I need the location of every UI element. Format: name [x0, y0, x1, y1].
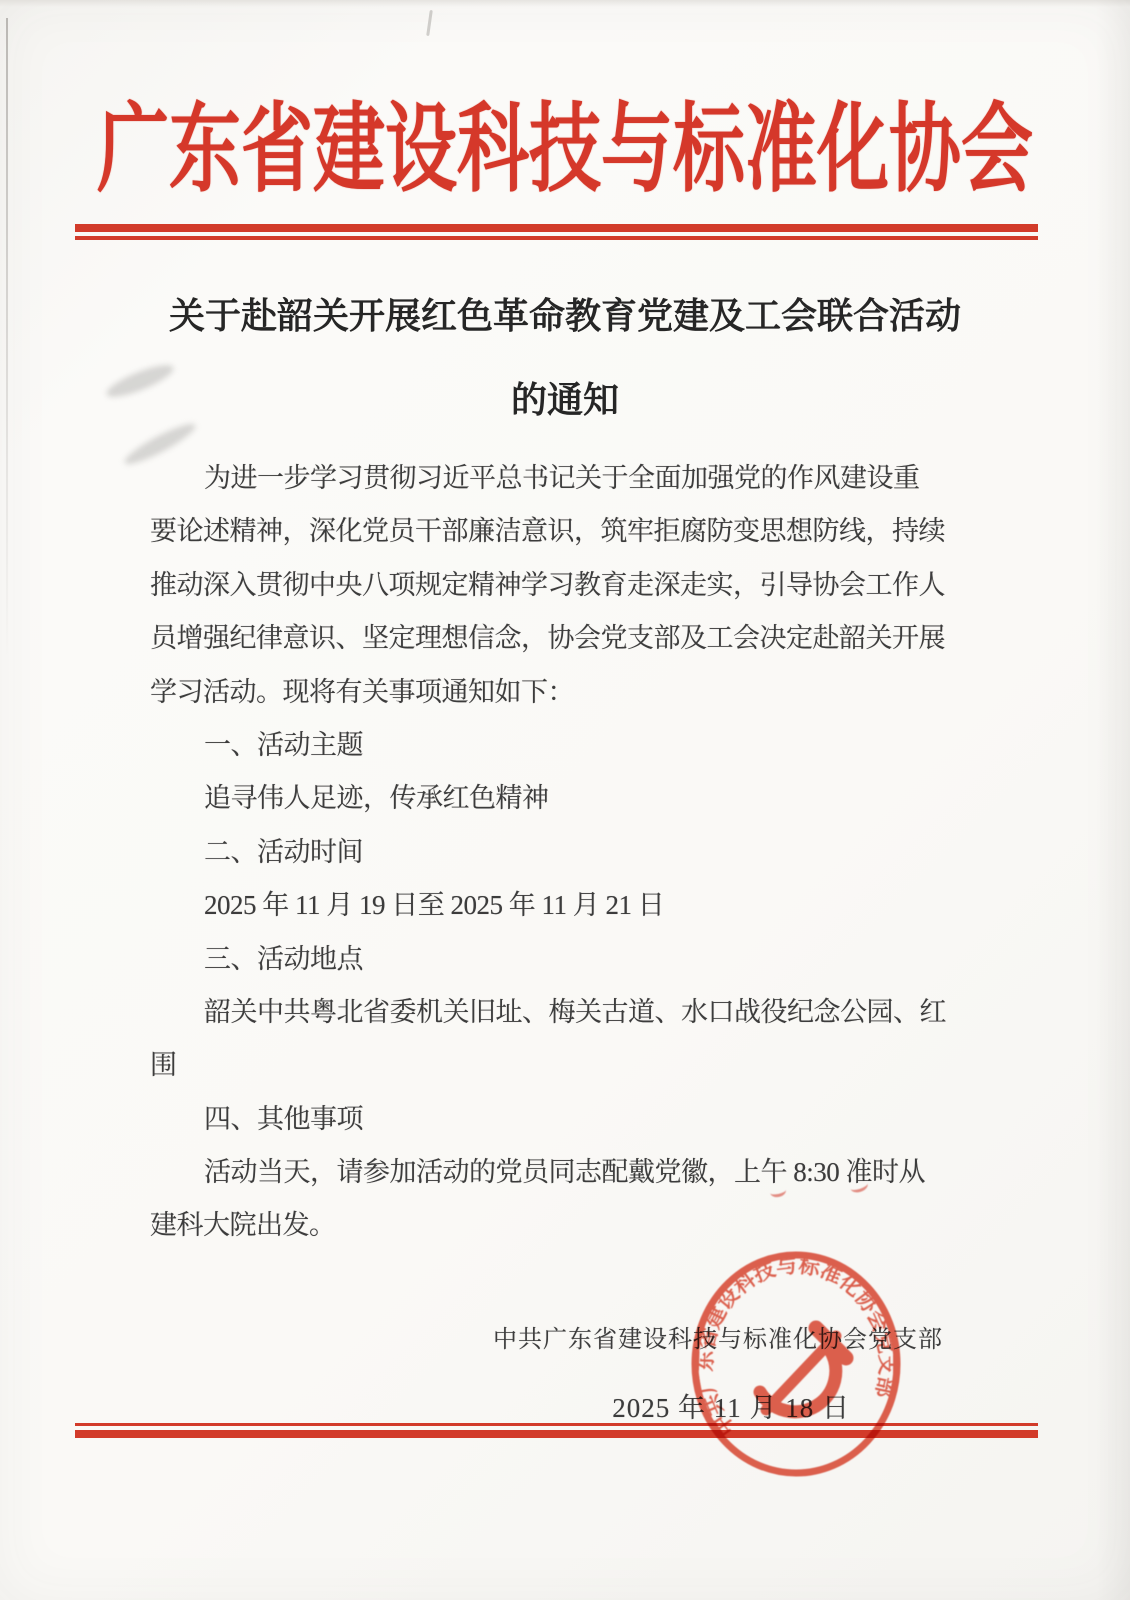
body-line: 活动当天，请参加活动的党员同志配戴党徽，上午 8:30 准时从: [150, 1146, 942, 1199]
body-line: 学习活动。现将有关事项通知如下：: [150, 666, 942, 719]
document-title-line2: 的通知: [0, 372, 1130, 423]
body-line: 员增强纪律意识、坚定理想信念，协会党支部及工会决定赴韶关开展: [150, 612, 942, 665]
body-line: 三、活动地点: [150, 933, 942, 986]
letterhead-divider: [75, 224, 1038, 240]
scan-edge-right: [1096, 0, 1130, 1600]
body-line: 一、活动主题: [150, 719, 942, 772]
divider-thin-line: [75, 236, 1038, 240]
document-title: 关于赴韶关开展红色革命教育党建及工会联合活动 的通知: [0, 288, 1130, 423]
hammer-and-sickle-icon: [760, 1328, 846, 1412]
body-line: 围: [150, 1039, 942, 1092]
official-seal: 中共广东省建设科技与标准化协会党支部: [686, 1248, 906, 1480]
body-line: 四、其他事项: [150, 1093, 942, 1146]
body-line: 追寻伟人足迹，传承红色精神: [150, 772, 942, 825]
notice-body: 为进一步学习贯彻习近平总书记关于全面加强党的作风建设重要论述精神，深化党员干部廉…: [150, 452, 942, 1253]
body-line: 韶关中共粤北省委机关旧址、梅关古道、水口战役纪念公园、红: [150, 986, 942, 1039]
body-line: 二、活动时间: [150, 826, 942, 879]
scan-edge-top: [0, 0, 1130, 7]
body-line: 推动深入贯彻中央八项规定精神学习教育走深走实，引导协会工作人: [150, 559, 942, 612]
body-line: 要论述精神，深化党员干部廉洁意识，筑牢拒腐防变思想防线，持续: [150, 505, 942, 558]
document-title-line1: 关于赴韶关开展红色革命教育党建及工会联合活动: [0, 288, 1130, 339]
body-line: 建科大院出发。: [150, 1199, 942, 1252]
letterhead-org-name: 广东省建设科技与标准化协会: [0, 61, 1130, 239]
body-line: 为进一步学习贯彻习近平总书记关于全面加强党的作风建设重: [150, 452, 942, 505]
body-line: 2025 年 11 月 19 日至 2025 年 11 月 21 日: [150, 879, 942, 932]
divider-thick-line: [75, 224, 1038, 232]
scanned-notice-page: 广东省建设科技与标准化协会 关于赴韶关开展红色革命教育党建及工会联合活动 的通知…: [0, 0, 1130, 1600]
scan-artifact: [426, 10, 433, 36]
